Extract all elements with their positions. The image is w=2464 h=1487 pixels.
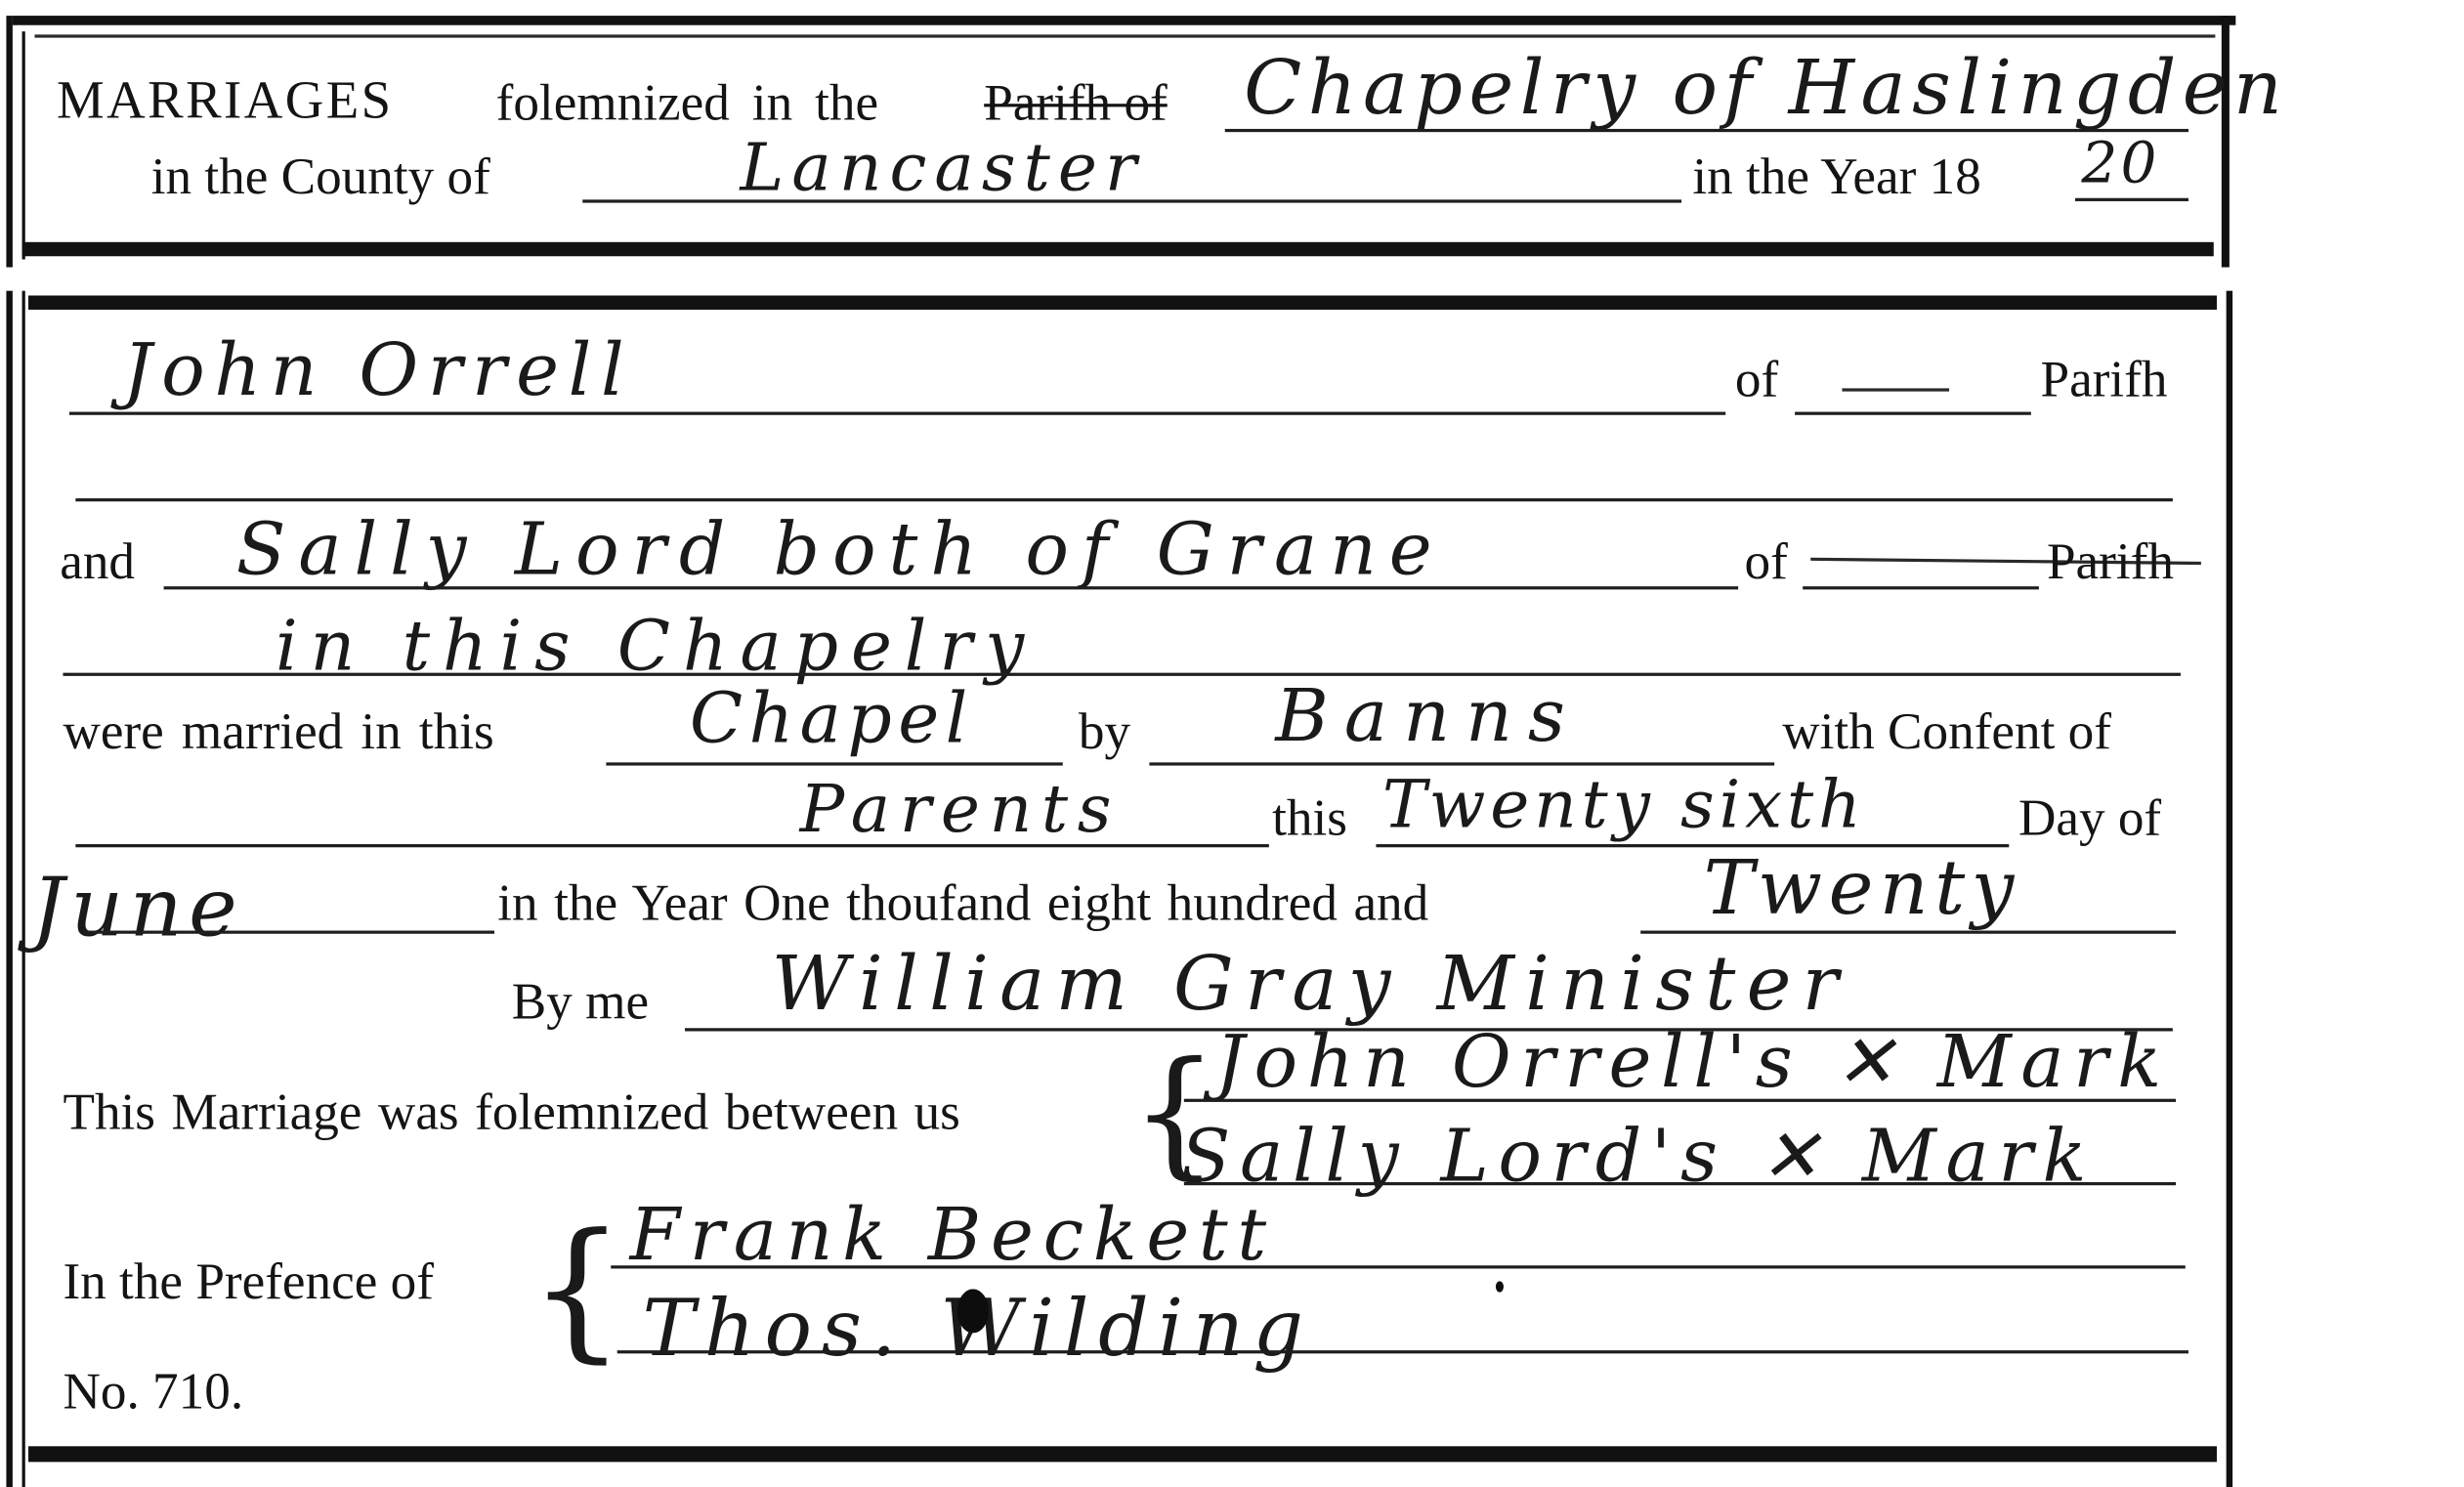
bride-and-label: and [60,534,135,593]
header-county-underline [582,199,1681,202]
groom-continuation-line [75,498,2173,501]
ink-speck [1496,1281,1504,1292]
header-year-underline [2075,198,2188,201]
officiant-handwritten: William Gray Minister [772,940,1849,1028]
year-line [1640,931,2176,934]
consent-handwritten: Parents [800,770,1121,847]
header-left-inner-border [22,31,24,259]
month-line [85,931,494,934]
married-method-handwritten: Banns [1275,673,1581,758]
day-this-label: this [1272,790,1347,849]
consent-line [75,844,1269,847]
groom-parish-line [1795,412,2031,415]
witness2-line [617,1350,2188,1353]
year-label: in the Year One thoufand eight hundred a… [497,875,1428,934]
married-place-line [606,762,1062,765]
month-handwritten: June [31,862,243,956]
parties-label: This Marriage was folemnized between us [63,1084,959,1143]
married-by-label: by [1079,704,1130,763]
header-solemnized-label: folemnized in the [496,75,878,134]
groom-parish-label: Parifh [2041,352,2168,410]
bride-parish-label: Parifh [2047,534,2174,593]
day-of-label: Day of [2018,790,2161,849]
entry-bottom-border [28,1446,2217,1462]
groom-name-line [69,412,1725,415]
header-inner-top-rule [34,34,2215,36]
header-county-handwritten: Lancaster [740,129,1144,206]
bride-name-line [164,586,1739,589]
header-county-label: in the County of [151,149,490,208]
header-top-border [13,16,2235,25]
married-consent-label: with Confent of [1782,704,2111,763]
party2-signature-line [1184,1182,2176,1185]
day-handwritten: Twenty sixth [1382,766,1866,843]
groom-parish-dash [1842,388,1949,390]
header-parish-struck-label: Parifh of [984,75,1168,134]
entry-left-border [6,291,12,1487]
officiant-label: By me [512,975,649,1034]
marriage-register-page: MARRIAGES folemnized in the Parifh of Ch… [0,0,2464,1487]
entry-number: No. 710. [63,1365,243,1423]
witness1-handwritten: Frank Beckett [630,1192,1276,1277]
groom-name-handwritten: John Orrell [123,327,634,412]
married-place-handwritten: Chapel [690,679,974,759]
header-year-handwritten: 20 [2081,132,2159,196]
bride-continuation-line [63,673,2180,676]
header-place-handwritten: Chapelry of Haslingden [1244,44,2288,132]
witnesses-label: In the Prefence of [63,1254,433,1313]
witness1-line [611,1265,2186,1268]
header-title: MARRIAGES [57,72,393,132]
witnesses-brace: { [529,1213,624,1364]
header-left-border [6,16,12,267]
groom-of-label: of [1735,352,1778,410]
bride-parish-line [1803,586,2039,589]
header-place-underline [1225,129,2188,132]
party1-signature-line [1184,1099,2176,1102]
entry-top-border [28,295,2217,309]
ink-blot [957,1289,989,1333]
year-handwritten: Twenty [1704,844,2020,932]
entry-left-inner-border [22,291,25,1487]
married-label: were married in this [63,704,493,763]
bride-name-handwritten: Sally Lord both of Grane [236,506,1445,591]
bride-of-label: of [1745,534,1788,593]
header-bottom-border [22,242,2214,256]
header-year-label: in the Year 18 [1692,149,1980,208]
entry-right-border [2227,291,2232,1487]
party1-signature-handwritten: John Orrell's ✕ Mark [1215,1019,2171,1104]
